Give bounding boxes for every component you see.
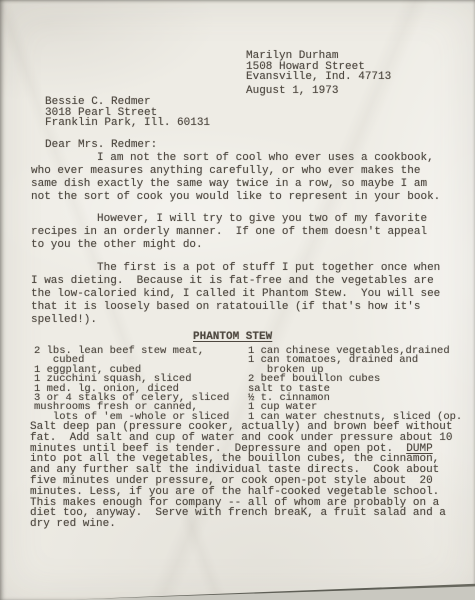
sender-city: Evansville, Ind. 47713 xyxy=(246,72,391,83)
recipient-address-block: Bessie C. Redmer 3018 Pearl Street Frank… xyxy=(45,97,210,129)
paragraph-2: However, I will try to give you two of m… xyxy=(31,213,427,252)
salutation: Dear Mrs. Redmer: xyxy=(45,139,157,151)
letter-date: August 1, 1973 xyxy=(246,86,391,97)
recipe-title: PHANTOM STEW xyxy=(193,331,272,343)
ingredients-column-left: 2 lbs. lean beef stew meat, cubed 1 eggp… xyxy=(34,347,229,422)
paragraph-3: The first is a pot of stuff I put togeth… xyxy=(31,262,440,327)
letter-paper: Marilyn Durham 1508 Howard Street Evansv… xyxy=(0,0,475,600)
scanned-letter: Marilyn Durham 1508 Howard Street Evansv… xyxy=(0,0,475,600)
ingredients-column-right: 1 can chinese vegetables,drained 1 can t… xyxy=(248,347,462,422)
sender-name: Marilyn Durham xyxy=(246,51,391,62)
paragraph-1: I am not the sort of cool who ever uses … xyxy=(31,152,440,204)
instructions-text-after: into pot all the vegetables, the bouillo… xyxy=(30,453,446,530)
recipient-city: Franklin Park, Ill. 60131 xyxy=(45,118,210,129)
sender-address-block: Marilyn Durham 1508 Howard Street Evansv… xyxy=(246,51,391,96)
instructions-paragraph: Salt deep pan (pressure cooker, actually… xyxy=(30,422,452,530)
instructions-text-before: Salt deep pan (pressure cooker, actually… xyxy=(30,421,452,455)
recipient-name: Bessie C. Redmer xyxy=(45,97,210,108)
